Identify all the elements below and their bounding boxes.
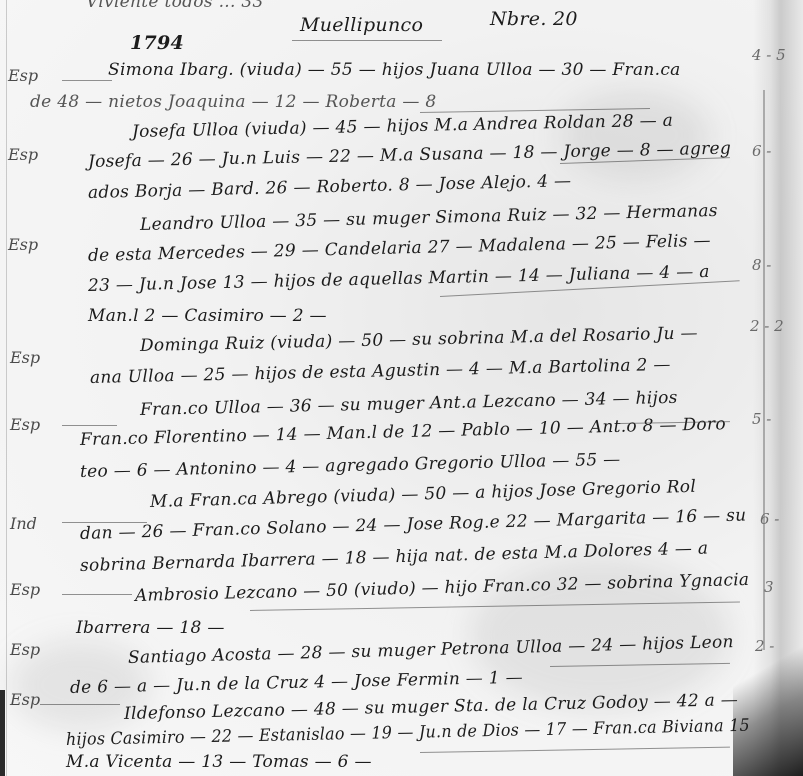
margin-dash <box>62 425 117 426</box>
entry-line: M.a Vicenta — 13 — Tomas — 6 — <box>66 752 372 772</box>
margin-dash <box>62 80 112 81</box>
entry-line: Ibarrera — 18 — <box>76 618 225 638</box>
register-date: Nbre. 20 <box>490 8 578 30</box>
manuscript-page: Viviente todos ... 33 1794 Muellipunco N… <box>0 0 803 776</box>
entry-line: ana Ulloa — 25 — hijos de esta Agustin —… <box>90 355 671 388</box>
tally-count: 2 - 2 <box>750 317 784 335</box>
entry-line: de esta Mercedes — 29 — Candelaria 27 — … <box>88 231 711 266</box>
tally-count: 6 - <box>752 142 771 160</box>
page-edge-shadow <box>0 690 5 776</box>
entry-line: Fran.co Florentino — 14 — Man.l de 12 — … <box>80 414 726 450</box>
entry-line: Fran.co Ulloa — 36 — su muger Ant.a Lezc… <box>140 388 678 420</box>
margin-label: Esp <box>10 348 40 367</box>
margin-label: Esp <box>8 145 38 164</box>
entry-line: Leandro Ulloa — 35 — su muger Simona Rui… <box>140 201 718 235</box>
place-underline <box>292 40 442 41</box>
page-margin-rule <box>6 0 7 776</box>
entry-line: 23 — Ju.n Jose 13 — hijos de aquellas Ma… <box>88 262 710 296</box>
entry-line: teo — 6 — Antonino — 4 — agregado Gregor… <box>80 450 621 482</box>
margin-dash <box>62 594 132 595</box>
margin-label: Ind <box>10 514 37 533</box>
margin-dash <box>40 704 120 705</box>
place-name: Muellipunco <box>300 14 423 36</box>
margin-label: Esp <box>10 690 40 709</box>
tally-count: 6 - <box>760 510 779 528</box>
top-fragment: Viviente todos ... 33 <box>86 0 264 12</box>
tally-count: 5 - <box>752 410 771 428</box>
entry-line: ados Borja — Bard. 26 — Roberto. 8 — Jos… <box>88 171 572 203</box>
entry-line: M.a Fran.ca Abrego (viuda) — 50 — a hijo… <box>150 477 697 512</box>
margin-label: Esp <box>10 415 40 434</box>
tally-count: 3 <box>764 578 774 596</box>
tally-count: 2 - <box>755 637 774 655</box>
margin-label: Esp <box>10 580 40 599</box>
margin-label: Esp <box>10 640 40 659</box>
margin-label: Esp <box>8 235 38 254</box>
tally-count: 8 - <box>752 256 771 274</box>
stain <box>560 90 710 180</box>
entry-line: Man.l 2 — Casimiro — 2 — <box>88 306 327 326</box>
entry-line: de 48 — nietos Joaquina — 12 — Roberta —… <box>30 92 437 112</box>
separator-rule <box>420 747 730 753</box>
tally-count: 4 - 5 <box>752 46 786 64</box>
entry-line: Simona Ibarg. (viuda) — 55 — hijos Juana… <box>108 60 681 80</box>
margin-label: Esp <box>8 66 38 85</box>
margin-dash <box>62 522 147 523</box>
page-binding-edge <box>763 90 765 650</box>
entry-line: Dominga Ruiz (viuda) — 50 — su sobrina M… <box>140 323 698 356</box>
register-year: 1794 <box>130 32 184 54</box>
